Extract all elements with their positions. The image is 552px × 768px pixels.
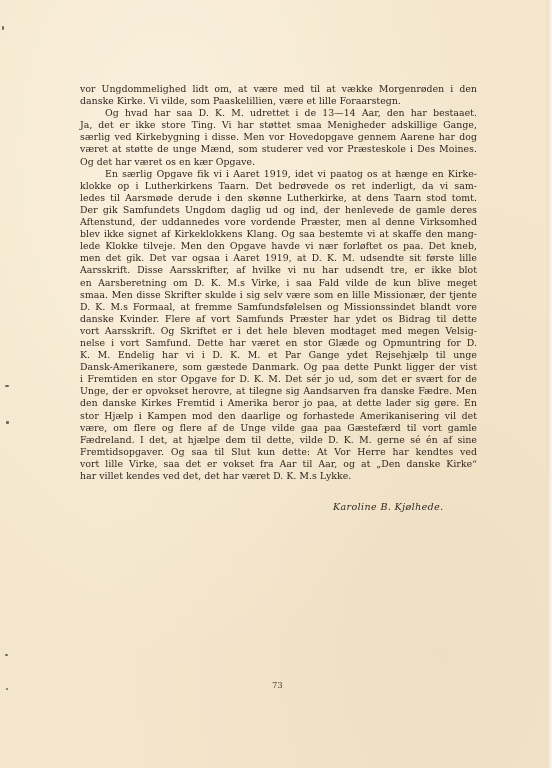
text-line: den danske Kirkes Fremtid i Amerika bero… — [80, 398, 477, 410]
text-line: en Aarsberetning om D. K. M.s Virke, i s… — [80, 278, 477, 290]
text-line: D. K. M.s Formaal, at fremme Samfundsføl… — [80, 302, 477, 314]
text-line: Aarsskrift. Disse Aarsskrifter, af hvilk… — [80, 265, 477, 277]
text-line: særlig ved Kirkebygning i disse. Men vor… — [80, 132, 477, 144]
binding-mark — [2, 26, 4, 30]
text-line: men det gik. Det var ogsaa i Aaret 1919,… — [80, 253, 477, 265]
text-line: blev ikke signet af Kirkeklokkens Klang.… — [80, 229, 477, 241]
text-line: Unge, der er opvokset herovre, at tilegn… — [80, 386, 477, 398]
text-line: har villet kendes ved det, det har været… — [80, 471, 477, 483]
text-line: danske Kvinder. Flere af vort Samfunds P… — [80, 314, 477, 326]
text-line: klokke op i Lutherkirkens Taarn. Det bed… — [80, 181, 477, 193]
text-line: Ja, det er ikke store Ting. Vi har støtt… — [80, 120, 477, 132]
author-signature: Karoline B. Kjølhede. — [333, 502, 444, 513]
text-line: Og det har været os en kær Opgave. — [80, 157, 477, 169]
text-line: lede Klokke tilveje. Men den Opgave havd… — [80, 241, 477, 253]
text-line: Aftenstund, der uddannedes vore vordende… — [80, 217, 477, 229]
paragraph: vor Ungdommelighed lidt om, at være med … — [80, 84, 477, 108]
text-line: En særlig Opgave fik vi i Aaret 1919, id… — [80, 169, 477, 181]
text-line: danske Kirke. Vi vilde, som Paaskelillie… — [80, 96, 477, 108]
text-line: være, om flere og flere af de Unge vilde… — [80, 423, 477, 435]
binding-mark — [6, 688, 8, 690]
text-line: stor Hjælp i Kampen mod den daarlige og … — [80, 411, 477, 423]
body-text: vor Ungdommelighed lidt om, at være med … — [80, 84, 477, 483]
text-line: vort lille Virke, saa det er vokset fra … — [80, 459, 477, 471]
text-line: været at støtte de unge Mænd, som studer… — [80, 144, 477, 156]
text-line: ledes til Aarsmøde derude i den skønne L… — [80, 193, 477, 205]
paragraph: Og hvad har saa D. K. M. udrettet i de 1… — [80, 108, 477, 168]
binding-mark — [6, 421, 9, 424]
text-line: nelse i vort Samfund. Dette har været en… — [80, 338, 477, 350]
paragraph: En særlig Opgave fik vi i Aaret 1919, id… — [80, 169, 477, 483]
page-edge — [547, 0, 552, 768]
text-line: K. M. Endelig har vi i D. K. M. et Par G… — [80, 350, 477, 362]
text-line: Fremtidsopgaver. Og saa til Slut kun det… — [80, 447, 477, 459]
text-line: smaa. Men disse Skrifter skulde i sig se… — [80, 290, 477, 302]
text-line: vor Ungdommelighed lidt om, at være med … — [80, 84, 477, 96]
binding-mark — [5, 654, 8, 656]
binding-mark — [5, 385, 9, 387]
text-line: Og hvad har saa D. K. M. udrettet i de 1… — [80, 108, 477, 120]
text-line: Dansk-Amerikanere, som gæstede Danmark. … — [80, 362, 477, 374]
text-line: Fædreland. I det, at hjælpe dem til dett… — [80, 435, 477, 447]
text-line: i Fremtiden en stor Opgave for D. K. M. … — [80, 374, 477, 386]
page-number: 73 — [272, 681, 283, 691]
text-line: Der gik Samfundets Ungdom daglig ud og i… — [80, 205, 477, 217]
text-line: vort Aarsskrift. Og Skriftet er i det he… — [80, 326, 477, 338]
